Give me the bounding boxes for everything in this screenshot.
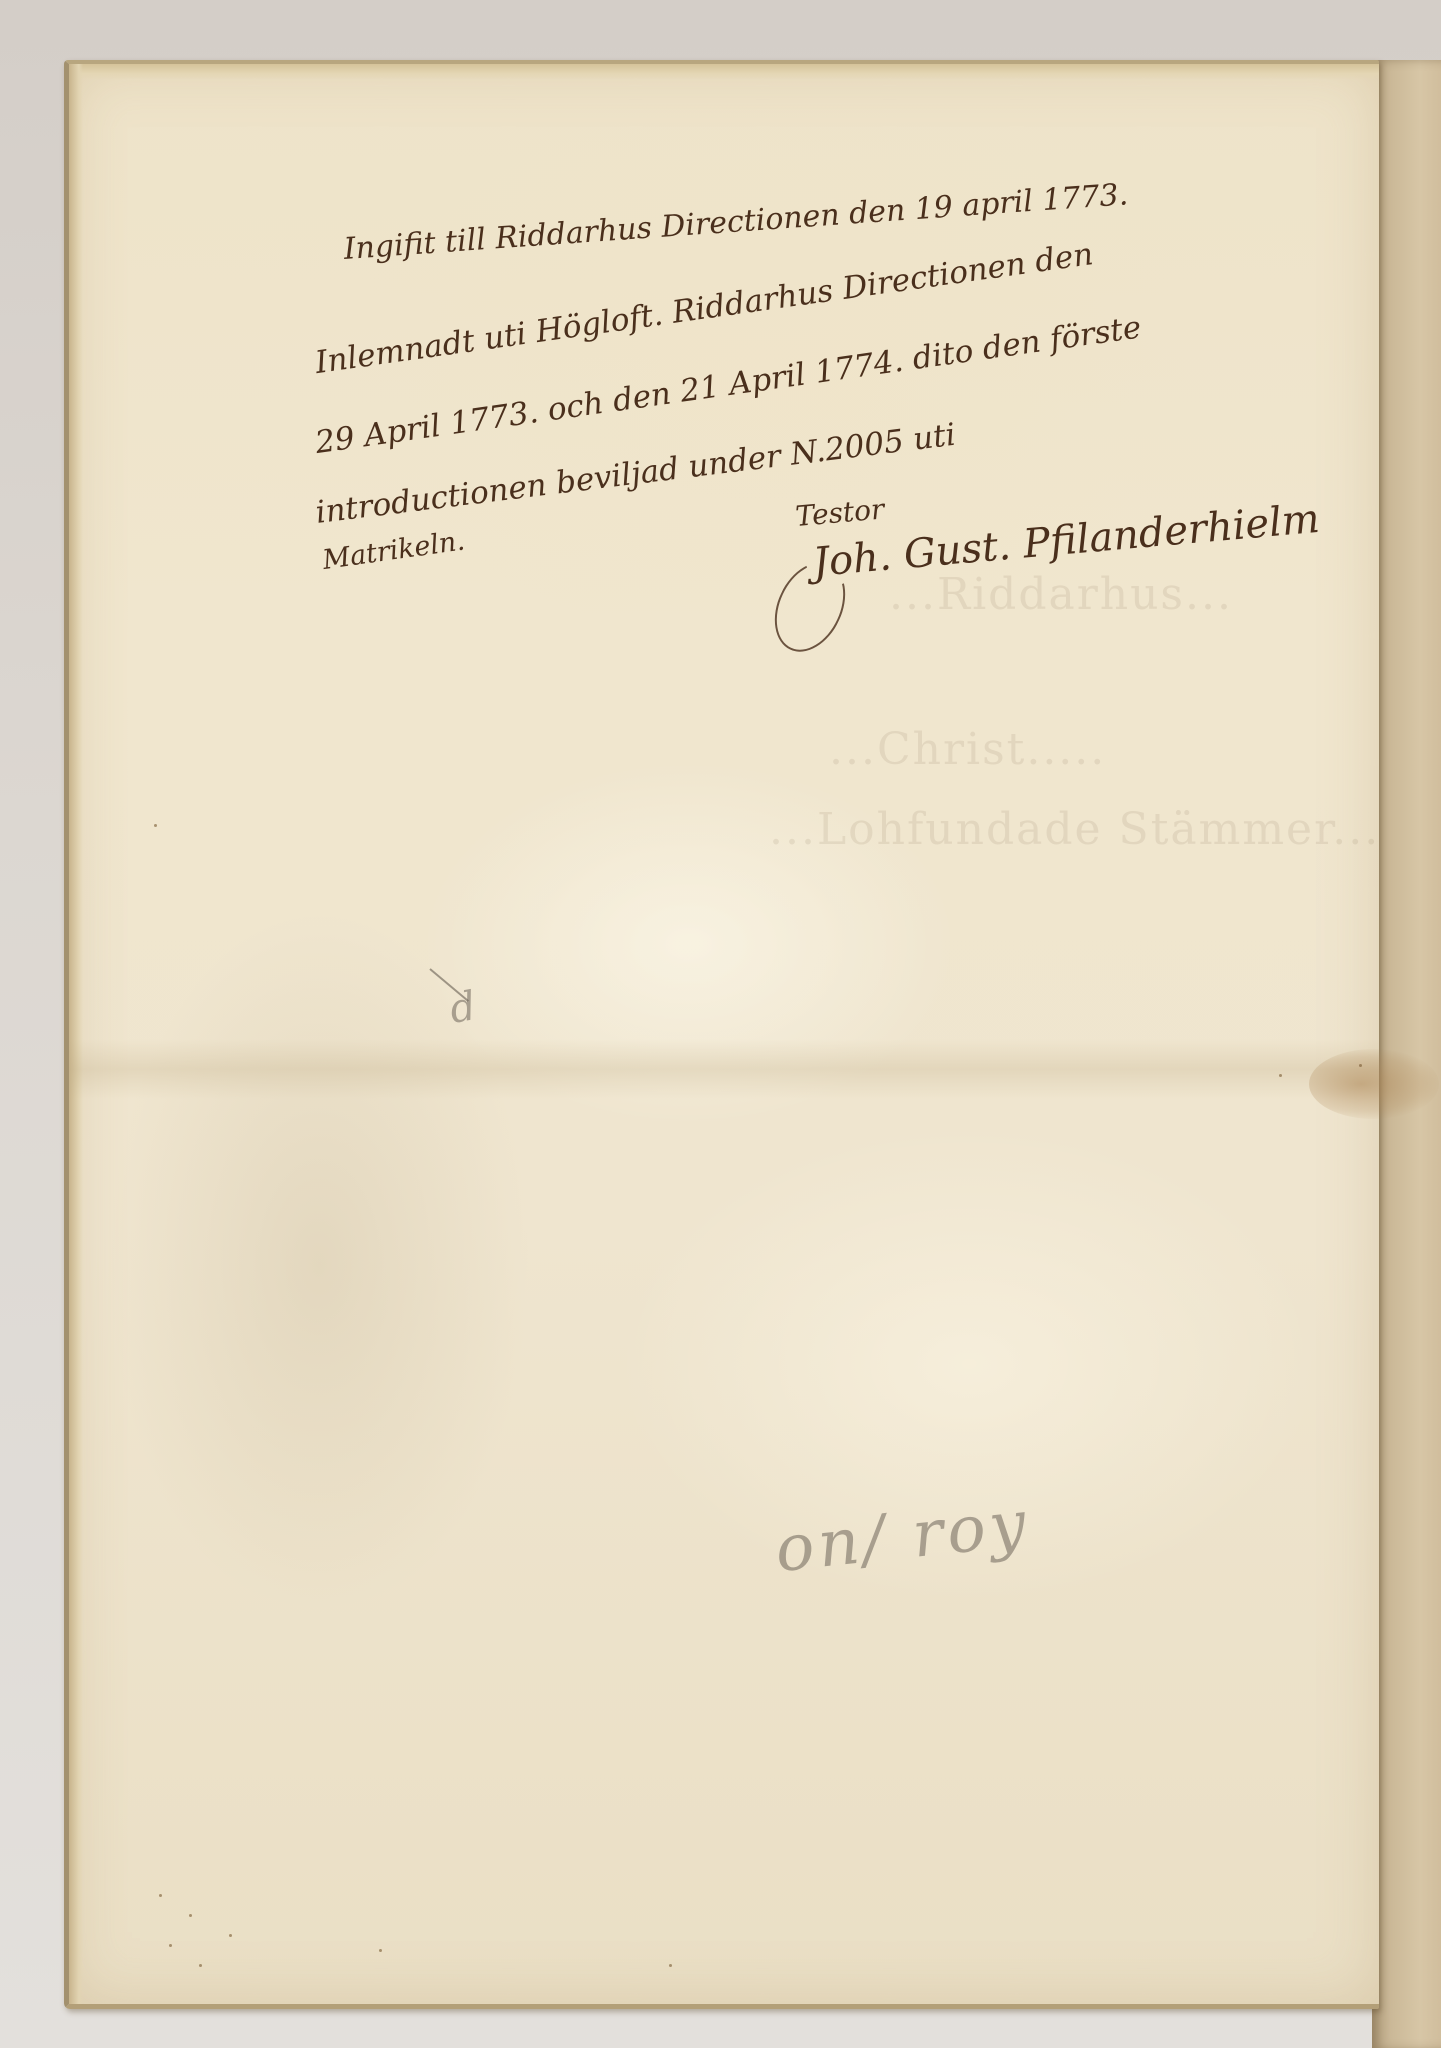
page-left-fold [69,64,83,2004]
scanned-document: ...Riddarhus... ...Christ..... ...Lohfun… [0,0,1441,2048]
bleed-through-text-1: ...Riddarhus... [889,569,1233,620]
page-top-fold [69,64,1379,80]
manuscript-page: ...Riddarhus... ...Christ..... ...Lohfun… [64,60,1379,2009]
bleed-through-text-3: ...Lohfundade Stämmer... [769,804,1380,855]
bleed-through-text-2: ...Christ..... [829,724,1106,775]
horizontal-crease [69,1039,1379,1099]
water-stain [1309,1049,1439,1119]
